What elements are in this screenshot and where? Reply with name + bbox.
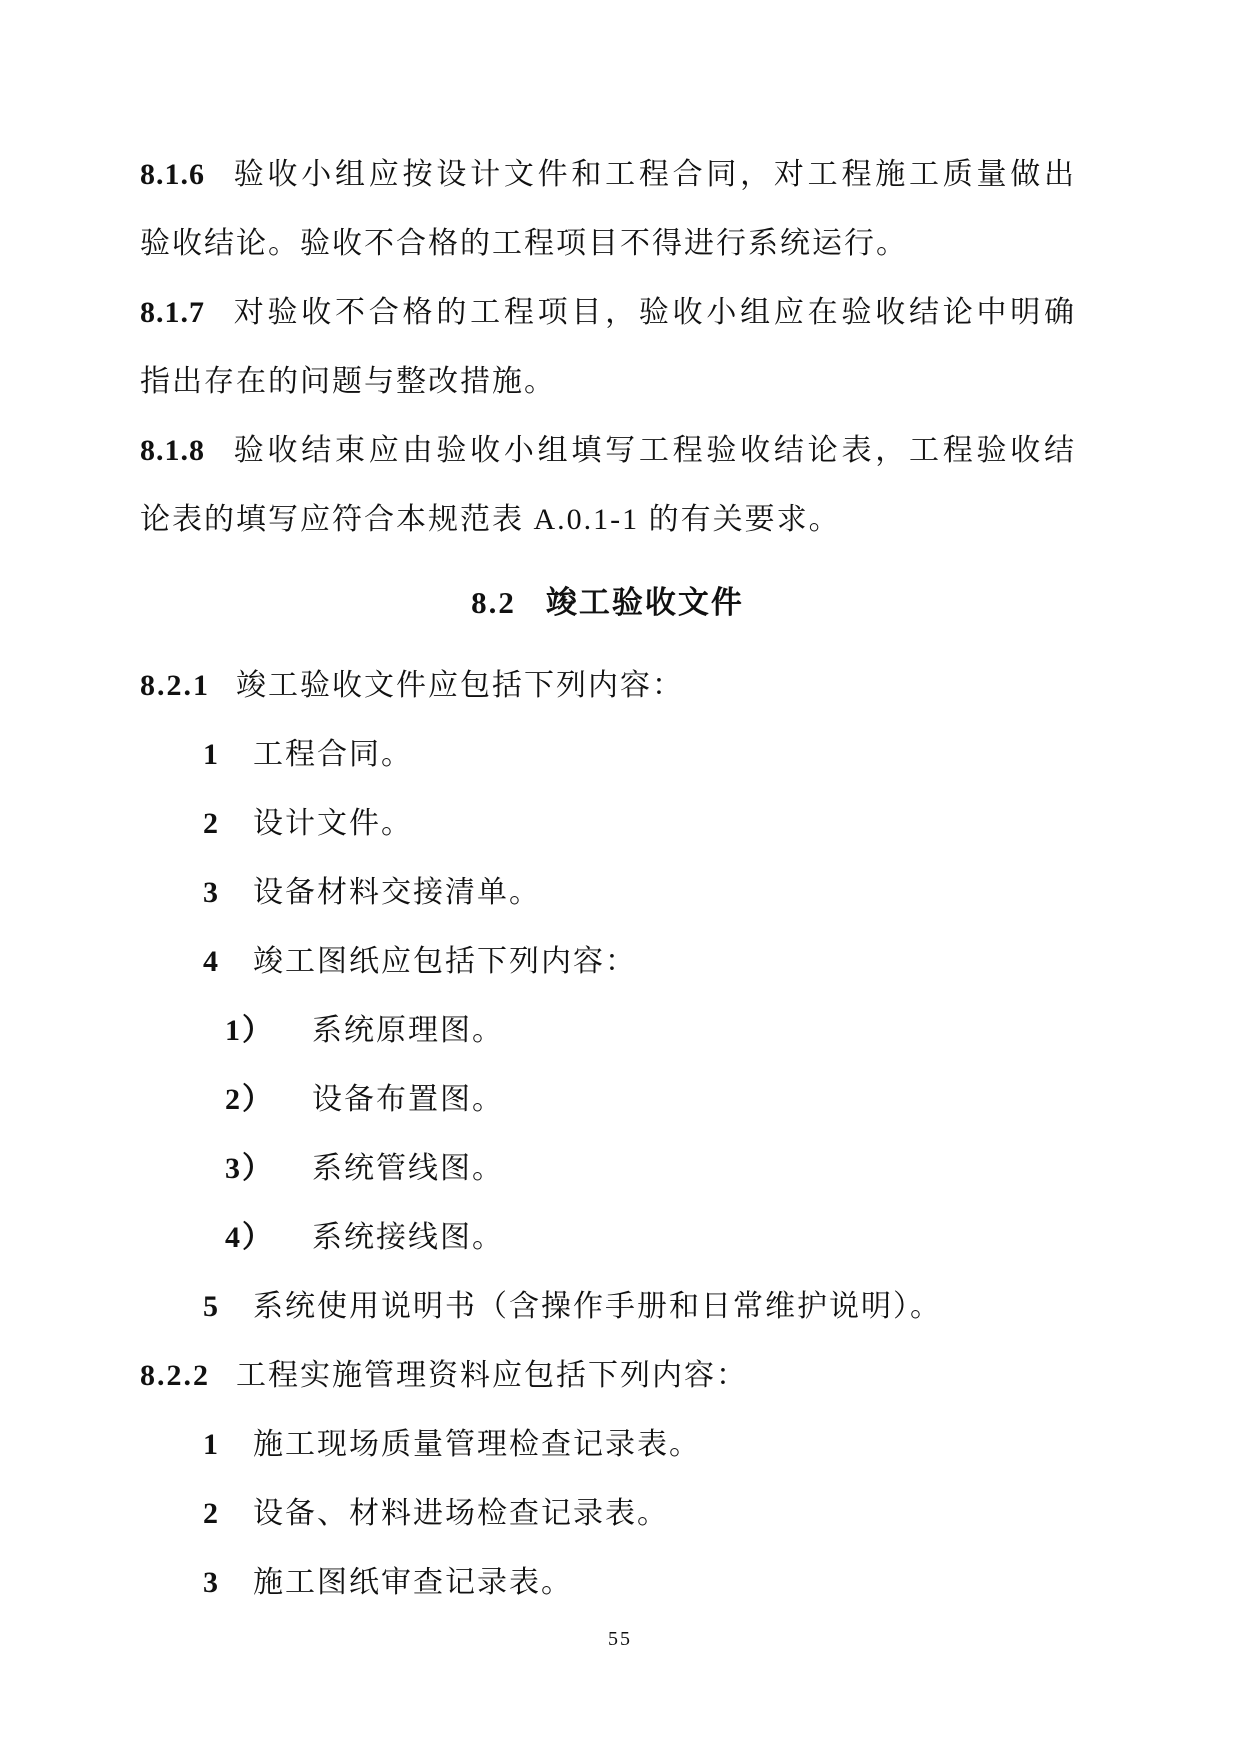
clause-label: 8.1.8 (140, 434, 205, 467)
item-text: 设备材料交接清单。 (253, 876, 541, 909)
clause-label: 8.1.7 (140, 296, 205, 329)
list-item: 5系统使用说明书（含操作手册和日常维护说明）。 (140, 1272, 1075, 1341)
sub-item-number: 1） (225, 1014, 274, 1047)
list-item: 2设计文件。 (140, 789, 1075, 858)
clause-text: 对验收不合格的工程项目，验收小组应在验收结论中明确 (231, 296, 1075, 329)
clause-8.1.7-line-1: 8.1.7对验收不合格的工程项目，验收小组应在验收结论中明确 (140, 278, 1075, 347)
list-item: 2设备、材料进场检查记录表。 (140, 1479, 1075, 1548)
clause-label: 8.1.6 (140, 158, 205, 191)
clause-8.1.8-line-1: 8.1.8验收结束应由验收小组填写工程验收结论表，工程验收结 (140, 416, 1075, 485)
sub-item-text: 系统管线图。 (312, 1152, 504, 1185)
clause-text: 验收小组应按设计文件和工程合同，对工程施工质量做出 (231, 158, 1075, 191)
list-item: 1施工现场质量管理检查记录表。 (140, 1410, 1075, 1479)
item-number: 1 (203, 738, 220, 771)
document-page: 8.1.6验收小组应按设计文件和工程合同，对工程施工质量做出 验收结论。验收不合… (0, 0, 1241, 1754)
section-heading: 8.2竣工验收文件 (140, 568, 1075, 637)
clause-text: 指出存在的问题与整改措施。 (140, 365, 556, 398)
item-number: 2 (203, 807, 220, 840)
clause-label: 8.2.1 (140, 669, 210, 702)
sub-list-item: 1）系统原理图。 (140, 996, 1075, 1065)
sub-item-number: 3） (225, 1152, 274, 1185)
clause-8.1.6-line-1: 8.1.6验收小组应按设计文件和工程合同，对工程施工质量做出 (140, 140, 1075, 209)
item-text: 施工现场质量管理检查记录表。 (253, 1428, 701, 1461)
section-number: 8.2 (471, 585, 516, 620)
sub-list-item: 2）设备布置图。 (140, 1065, 1075, 1134)
item-number: 3 (203, 876, 220, 909)
item-text: 设备、材料进场检查记录表。 (253, 1497, 669, 1530)
item-text: 设计文件。 (253, 807, 413, 840)
item-text: 施工图纸审查记录表。 (253, 1566, 573, 1599)
item-text: 系统使用说明书（含操作手册和日常维护说明）。 (253, 1290, 942, 1323)
clause-8.1.6-line-2: 验收结论。验收不合格的工程项目不得进行系统运行。 (140, 209, 1075, 278)
sub-item-text: 设备布置图。 (312, 1083, 504, 1116)
sub-item-text: 系统原理图。 (312, 1014, 504, 1047)
clause-label: 8.2.2 (140, 1359, 210, 1392)
item-text: 竣工图纸应包括下列内容： (253, 945, 637, 978)
clause-8.2.1: 8.2.1竣工验收文件应包括下列内容： (140, 651, 1075, 720)
clause-text: 工程实施管理资料应包括下列内容： (236, 1359, 748, 1392)
clause-8.1.8-line-2: 论表的填写应符合本规范表 A.0.1-1 的有关要求。 (140, 485, 1075, 554)
item-number: 1 (203, 1428, 220, 1461)
document-body: 8.1.6验收小组应按设计文件和工程合同，对工程施工质量做出 验收结论。验收不合… (140, 140, 1075, 1617)
clause-8.2.2: 8.2.2工程实施管理资料应包括下列内容： (140, 1341, 1075, 1410)
sub-list-item: 3）系统管线图。 (140, 1134, 1075, 1203)
clause-text: 验收结论。验收不合格的工程项目不得进行系统运行。 (140, 227, 908, 260)
list-item: 4竣工图纸应包括下列内容： (140, 927, 1075, 996)
sub-item-number: 4） (225, 1221, 274, 1254)
list-item: 3施工图纸审查记录表。 (140, 1548, 1075, 1617)
clause-text: 竣工验收文件应包括下列内容： (236, 669, 684, 702)
sub-item-text: 系统接线图。 (312, 1221, 504, 1254)
clause-8.1.7-line-2: 指出存在的问题与整改措施。 (140, 347, 1075, 416)
item-text: 工程合同。 (253, 738, 413, 771)
clause-text: 论表的填写应符合本规范表 A.0.1-1 的有关要求。 (140, 503, 841, 536)
sub-list-item: 4）系统接线图。 (140, 1203, 1075, 1272)
sub-item-number: 2） (225, 1083, 274, 1116)
page-number: 55 (140, 1628, 1100, 1651)
section-title: 竣工验收文件 (546, 585, 744, 620)
item-number: 4 (203, 945, 220, 978)
clause-text: 验收结束应由验收小组填写工程验收结论表，工程验收结 (231, 434, 1075, 467)
list-item: 1工程合同。 (140, 720, 1075, 789)
item-number: 5 (203, 1290, 220, 1323)
list-item: 3设备材料交接清单。 (140, 858, 1075, 927)
item-number: 3 (203, 1566, 220, 1599)
item-number: 2 (203, 1497, 220, 1530)
